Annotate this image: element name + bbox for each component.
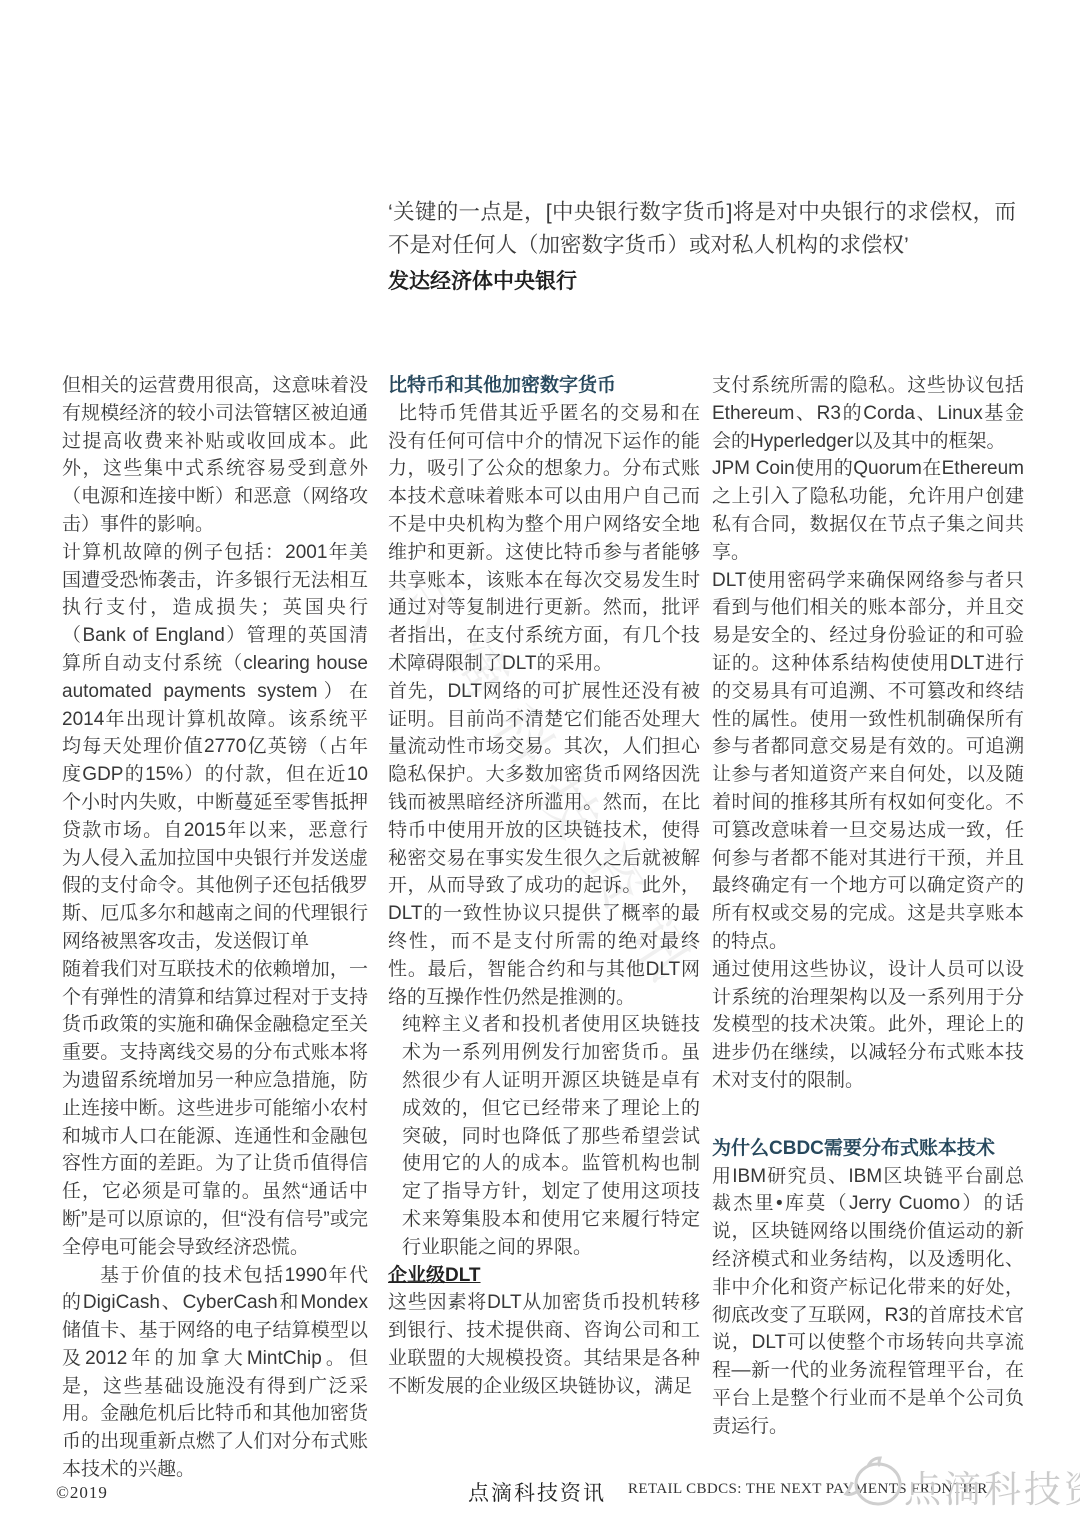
pull-quote: ‘关键的一点是，[中央银行数字货币]将是对中央银行的求偿权，而不是对任何人（加密… [388, 196, 1016, 298]
paragraph: 计算机故障的例子包括：2001年美国遭受恐怖袭击，许多银行无法相互执行支付，造成… [62, 539, 368, 956]
pull-quote-attribution: 发达经济体中央银行 [388, 265, 1016, 298]
footer-brand: 点滴科技资讯 [468, 1477, 606, 1507]
paragraph: 通过使用这些协议，设计人员可以设计系统的治理架构以及一系列用于分发模型的技术决策… [712, 956, 1024, 1095]
paragraph: 但相关的运营费用很高，这意味着没有规模经济的较小司法管辖区被迫通过提高收费来补贴… [62, 372, 368, 539]
paragraph: JPM Coin使用的Quorum在Ethereum之上引入了隐私功能，允许用户… [712, 455, 1024, 566]
section-heading: 企业级DLT [388, 1262, 700, 1290]
paragraph: 这些因素将DLT从加密货币投机转移到银行、技术提供商、咨询公司和工业联盟的大规模… [388, 1289, 700, 1400]
column-right: 支付系统所需的隐私。这些协议包括Ethereum、R3的Corda、Linux基… [712, 372, 1024, 1440]
section-heading: 比特币和其他加密数字货币 [388, 372, 700, 400]
column-left: 但相关的运营费用很高，这意味着没有规模经济的较小司法管辖区被迫通过提高收费来补贴… [62, 372, 368, 1484]
column-middle: 比特币和其他加密数字货币比特币凭借其近乎匿名的交易和在没有任何可信中介的情况下运… [388, 372, 700, 1400]
paragraph: 随着我们对互联技术的依赖增加，一个有弹性的清算和结算过程对于支持货币政策的实施和… [62, 956, 368, 1262]
paragraph: DLT使用密码学来确保网络参与者只看到与他们相关的账本部分，并且交易是安全的、经… [712, 567, 1024, 956]
footer-copyright: ©2019 [56, 1483, 108, 1503]
paragraph: 支付系统所需的隐私。这些协议包括Ethereum、R3的Corda、Linux基… [712, 372, 1024, 455]
paragraph: 用IBM研究员、IBM区块链平台副总裁杰里•库莫（Jerry Cuomo）的话说… [712, 1163, 1024, 1441]
paragraph: 基于价值的技术包括1990年代的DigiCash、CyberCash和Monde… [62, 1262, 368, 1484]
pull-quote-text: ‘关键的一点是，[中央银行数字货币]将是对中央银行的求偿权，而不是对任何人（加密… [388, 196, 1016, 262]
paragraph: 纯粹主义者和投机者使用区块链技术为一系列用例发行加密货币。虽然很少有人证明开源区… [388, 1011, 700, 1261]
footer-doc-title: RETAIL CBDCS: THE NEXT PAYMENTS FRONTIER [628, 1481, 988, 1498]
document-page: 点滴科技资讯 ‘关键的一点是，[中央银行数字货币]将是对中央银行的求偿权，而不是… [0, 0, 1080, 1528]
paragraph: 首先，DLT网络的可扩展性还没有被证明。目前尚不清楚它们能否处理大量流动性市场交… [388, 678, 700, 1012]
section-heading: 为什么CBDC需要分布式账本技术 [712, 1135, 1024, 1163]
paragraph: 比特币凭借其近乎匿名的交易和在没有任何可信中介的情况下运作的能力，吸引了公众的想… [388, 400, 700, 678]
